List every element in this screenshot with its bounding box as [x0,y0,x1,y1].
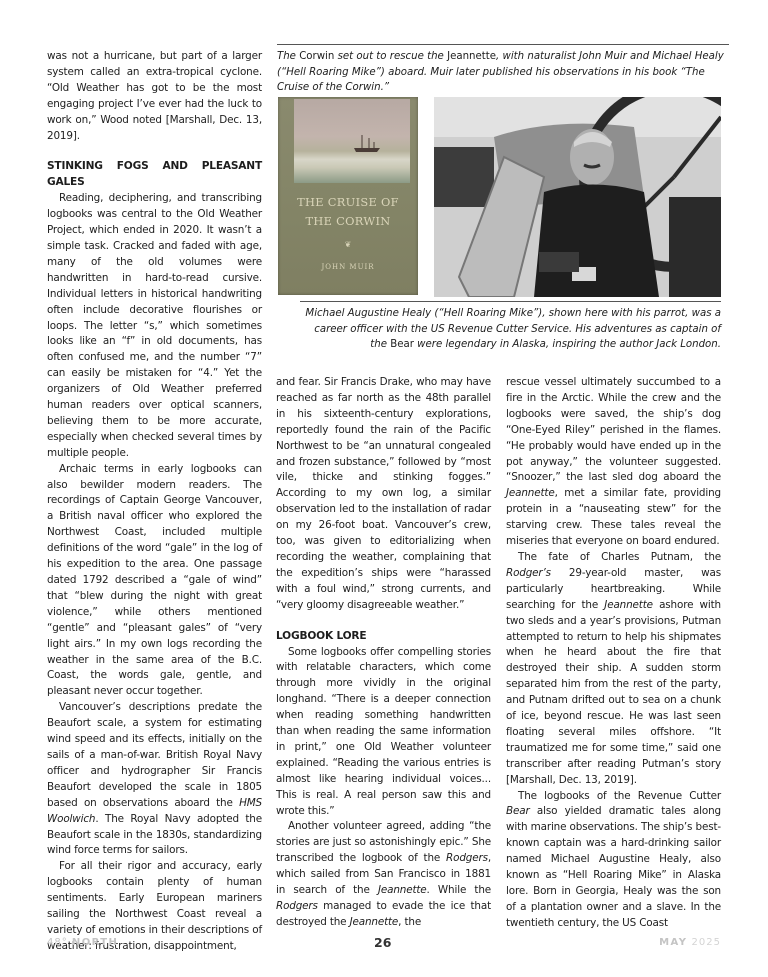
paragraph: and fear. Sir Francis Drake, who may hav… [276,375,491,614]
magazine-name: 48° NORTH [47,937,118,948]
ship-name: Jeannette [447,51,496,62]
article-column-3: rescue vessel ultimately succumbed to a … [506,375,721,932]
paragraph: The fate of Charles Putnam, the Rodger’s… [506,550,721,789]
book-title: THE CRUISE OF THE CORWIN [278,193,418,231]
paragraph: Reading, deciphering, and transcribing l… [47,191,262,461]
article-column-2: and fear. Sir Francis Drake, who may hav… [276,375,491,931]
photo-caption-bottom: Michael Augustine Healy (“Hell Roaring M… [300,301,721,353]
page-number: 26 [374,935,391,950]
paragraph: Another volunteer agreed, adding “the st… [276,819,491,930]
book-cover-photo: THE CRUISE OF THE CORWIN ❦ JOHN MUIR [278,97,418,295]
book-author: JOHN MUIR [278,263,418,271]
paragraph: Some logbooks offer compelling stories w… [276,645,491,820]
ship-name: Jeannette [378,884,427,896]
issue-date: MAY 2025 [659,937,721,948]
paragraph: Archaic terms in early logbooks can also… [47,462,262,701]
ship-name: Jeannette [506,487,555,499]
ship-name: Jeannette [350,916,399,928]
ship-name: Rodgers [276,900,318,912]
paragraph: rescue vessel ultimately succumbed to a … [506,375,721,550]
ship-name: Corwin [299,51,334,62]
portrait-illustration [434,97,721,297]
ship-in-ice-illustration [294,99,410,183]
ship-name: Bear [390,339,414,350]
article-column-1: was not a hurricane, but part of a large… [47,49,262,955]
ship-icon [352,133,382,157]
ship-name: Rodger’s [506,567,551,579]
photo-caption-top: The Corwin set out to rescue the Jeannet… [277,44,729,96]
ship-name: Jeannette [604,599,653,611]
ornament-icon: ❦ [278,240,418,249]
ship-name: Bear [506,805,530,817]
section-heading: LOGBOOK LORE [276,629,491,645]
healy-portrait-photo [434,97,721,297]
paragraph: The logbooks of the Revenue Cutter Bear … [506,789,721,932]
paragraph: was not a hurricane, but part of a large… [47,49,262,144]
section-heading: STINKING FOGS AND PLEASANT GALES [47,159,262,191]
paragraph: Vancouver’s descriptions predate the Bea… [47,700,262,859]
ship-name: Rodgers [446,852,488,864]
